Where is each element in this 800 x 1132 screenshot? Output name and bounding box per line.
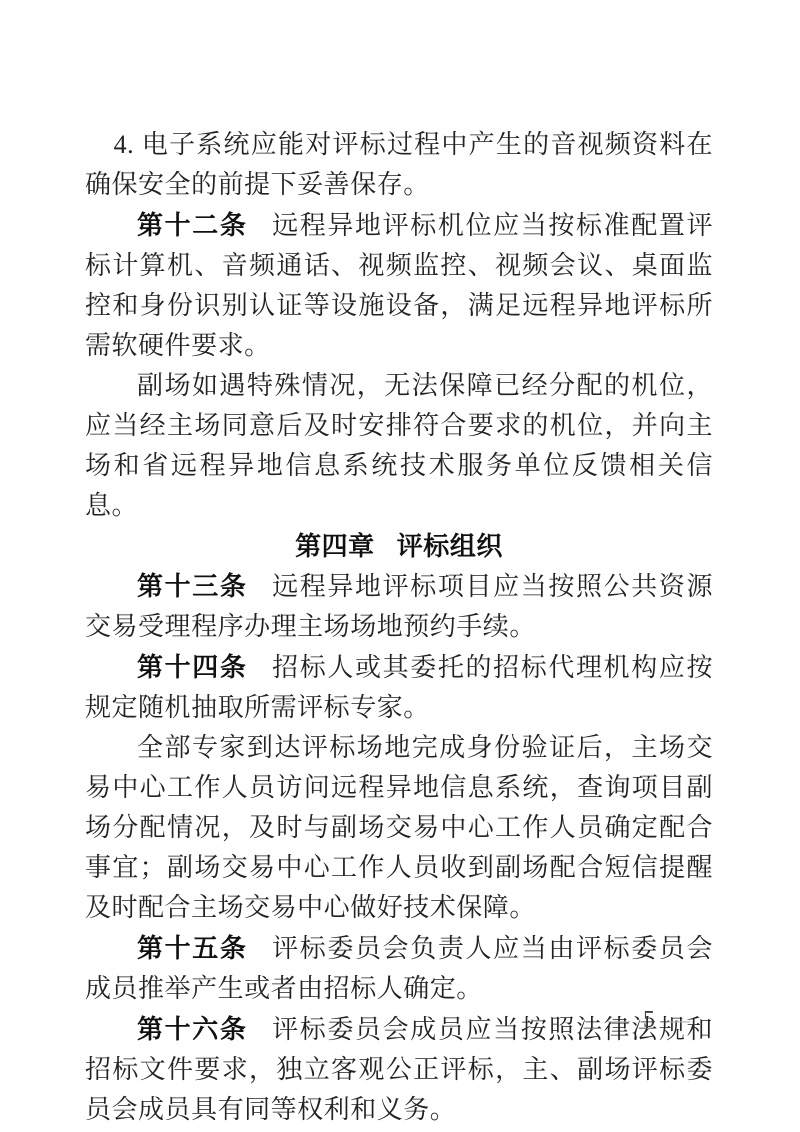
paragraph: 全部专家到达评标场地完成身份验证后，主场交易中心工作人员访问远程异地信息系统，查…	[85, 728, 713, 928]
article-15-paragraph: 第十五条评标委员会负责人应当由评标委员会成员推举产生或者由招标人确定。	[85, 928, 713, 1009]
paragraph-text: 4. 电子系统应能对评标过程中产生的音视频资料在确保安全的前提下妥善保存。	[85, 130, 713, 199]
article-14-paragraph: 第十四条招标人或其委托的招标代理机构应按规定随机抽取所需评标专家。	[85, 647, 713, 728]
chapter-label: 第四章	[295, 531, 375, 561]
chapter-title: 评标组织	[397, 531, 503, 561]
article-12-paragraph: 第十二条远程异地评标机位应当按标准配置评标计算机、音频通话、视频监控、视频会议、…	[85, 205, 713, 366]
page-number-value: 5	[643, 1008, 655, 1032]
page-number-left-dash: —	[608, 1008, 630, 1032]
page-number-right-dash: —	[668, 1008, 690, 1032]
article-13-number: 第十三条	[137, 571, 247, 601]
paragraph-text: 全部专家到达评标场地完成身份验证后，主场交易中心工作人员访问远程异地信息系统，查…	[85, 733, 713, 922]
paragraph-numbered-item-4: 4. 电子系统应能对评标过程中产生的音视频资料在确保安全的前提下妥善保存。	[85, 125, 713, 205]
chapter-4-heading: 第四章评标组织	[85, 526, 713, 566]
document-body: 4. 电子系统应能对评标过程中产生的音视频资料在确保安全的前提下妥善保存。 第十…	[85, 125, 713, 1130]
paragraph-text: 副场如遇特殊情况，无法保障已经分配的机位，应当经主场同意后及时安排符合要求的机位…	[85, 371, 713, 520]
article-15-number: 第十五条	[137, 933, 247, 963]
article-16-number: 第十六条	[137, 1014, 247, 1044]
page-number: — 5 —	[608, 1008, 690, 1032]
article-13-paragraph: 第十三条远程异地评标项目应当按照公共资源交易受理程序办理主场场地预约手续。	[85, 566, 713, 647]
paragraph: 副场如遇特殊情况，无法保障已经分配的机位，应当经主场同意后及时安排符合要求的机位…	[85, 366, 713, 526]
article-12-number: 第十二条	[137, 210, 247, 240]
article-14-number: 第十四条	[137, 652, 247, 682]
document-page: 4. 电子系统应能对评标过程中产生的音视频资料在确保安全的前提下妥善保存。 第十…	[0, 0, 800, 1132]
